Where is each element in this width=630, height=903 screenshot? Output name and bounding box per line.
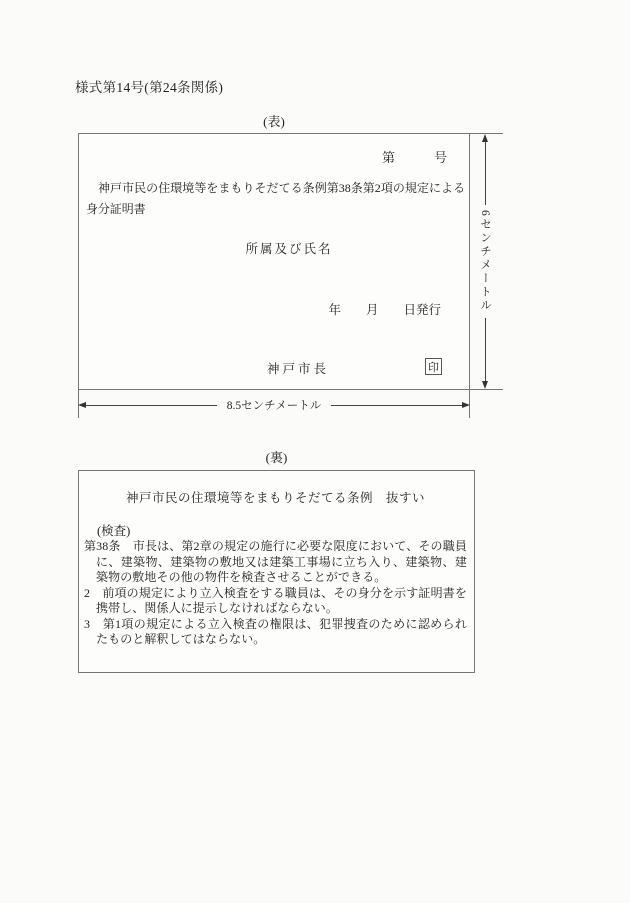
certificate-title-text: 神戸市民の住環境等をまもりそだてる条例第38条第2項の規定による身分証明書: [86, 178, 465, 220]
dimension-line-segment: [485, 318, 486, 381]
height-dimension: 6センチメートル: [477, 134, 493, 389]
mayor-label: 神戸市長: [267, 359, 329, 377]
affiliation-name-label: 所属及び氏名: [79, 239, 469, 257]
seal-label: 印: [428, 359, 439, 375]
width-dimension-label: 8.5センチメートル: [217, 397, 331, 413]
height-dimension-label: 6センチメートル: [477, 205, 493, 317]
issue-date-label: 年 月 日発行: [328, 300, 441, 318]
certificate-number-label: 第 号: [382, 147, 447, 166]
law-paragraph-item-2: 2 前項の規定により立入検査をする職員は、その身分を示す証明書を携帯し、関係人に…: [84, 586, 467, 617]
dimension-extension-line-bottom: [470, 389, 503, 390]
arrow-right-icon: [462, 402, 470, 408]
dimension-line-segment: [86, 405, 217, 406]
back-side-label: (裏): [78, 447, 475, 466]
law-paragraph-label: 第38条: [84, 539, 133, 553]
dimension-line-segment: [485, 142, 486, 205]
law-paragraph-item-3: 3 第1項の規定による立入検査の権限は、犯罪捜査のために認められたものと解釈して…: [84, 617, 467, 648]
law-paragraph-text: 第1項の規定による立入検査の権限は、犯罪捜査のために認められたものと解釈してはな…: [96, 617, 467, 647]
ordinance-extract-title: 神戸市民の住環境等をまもりそだてる条例 抜すい: [84, 491, 467, 507]
front-card: 第 号 神戸市民の住環境等をまもりそだてる条例第38条第2項の規定による身分証明…: [78, 133, 470, 390]
dimension-line-segment: [331, 405, 462, 406]
arrow-up-icon: [482, 134, 488, 142]
arrow-left-icon: [78, 402, 86, 408]
back-card: 神戸市民の住環境等をまもりそだてる条例 抜すい (検査) 第38条 市長は、第2…: [78, 470, 475, 673]
arrow-down-icon: [482, 381, 488, 389]
form-number-heading: 様式第14号(第24条関係): [75, 76, 223, 96]
seal-mark: 印: [425, 358, 442, 375]
law-paragraph-label: 2: [84, 586, 102, 600]
inspection-section-label: (検査): [84, 524, 467, 540]
law-paragraph-text: 前項の規定により立入検査をする職員は、その身分を示す証明書を携帯し、関係人に提示…: [96, 586, 467, 616]
law-paragraph-label: 3: [84, 617, 103, 631]
law-paragraph-text: 市長は、第2章の規定の施行に必要な限度において、その職員に、建築物、建築物の敷地…: [96, 539, 467, 584]
width-dimension: 8.5センチメートル: [78, 397, 470, 413]
front-side-label: (表): [78, 111, 470, 130]
law-paragraph-article-38: 第38条 市長は、第2章の規定の施行に必要な限度において、その職員に、建築物、建…: [84, 539, 467, 586]
document-page: 様式第14号(第24条関係) (表) 第 号 神戸市民の住環境等をまもりそだてる…: [0, 0, 630, 903]
